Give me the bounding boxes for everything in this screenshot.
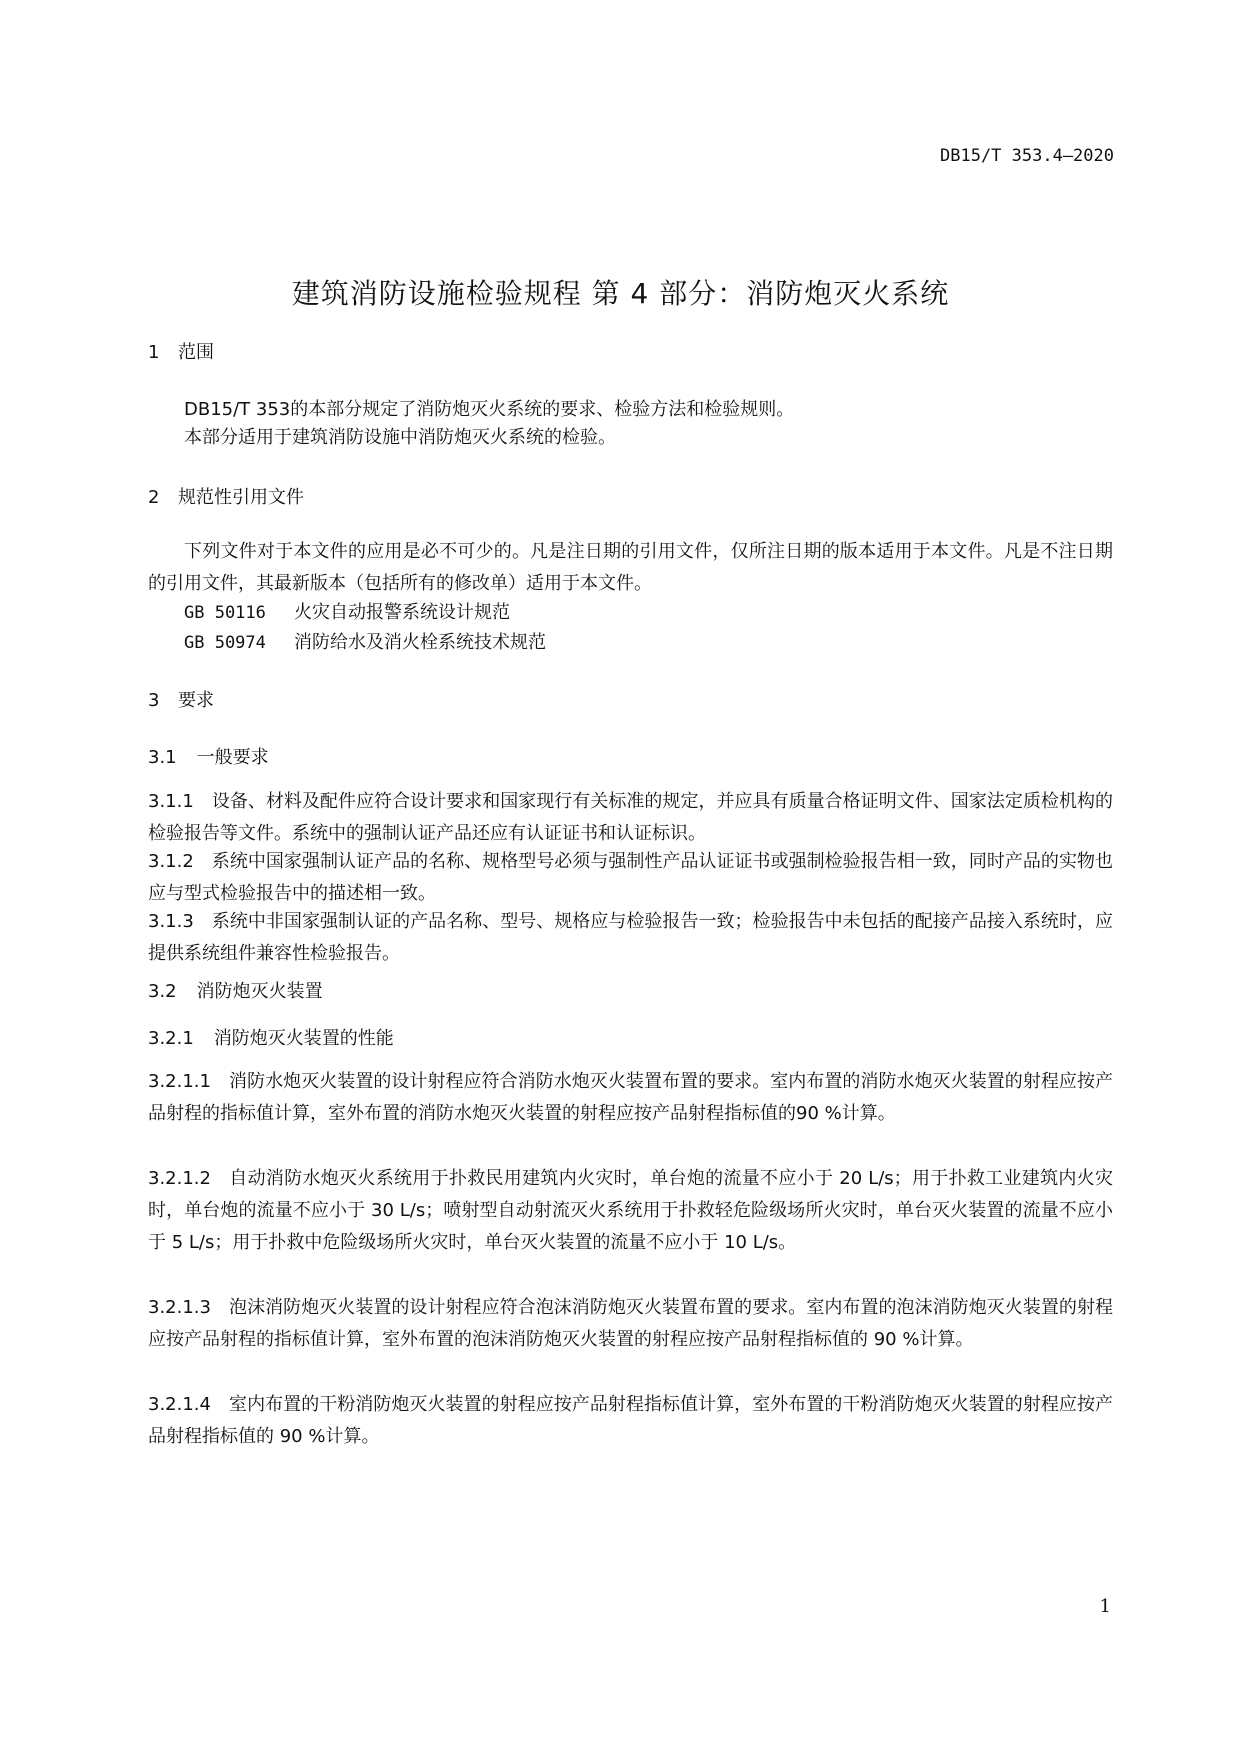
section-number: 3 — [148, 690, 178, 711]
subsection-heading-monitor-device: 3.2消防炮灭火装置 — [148, 977, 323, 1003]
clause-number: 3.2.1.1 — [148, 1071, 211, 1092]
reference-item: GB 50974消防给水及消火栓系统技术规范 — [184, 628, 546, 654]
page-number: 1 — [1100, 1596, 1111, 1617]
clause-text: 系统中非国家强制认证的产品名称、型号、规格应与检验报告一致；检验报告中未包括的配… — [148, 911, 1113, 964]
clause-text: 自动消防水炮灭火系统用于扑救民用建筑内火灾时，单台炮的流量不应小于 20 L/s… — [148, 1168, 1113, 1253]
clause-number: 3.2.1.3 — [148, 1297, 211, 1318]
clause-3-1-1: 3.1.1设备、材料及配件应符合设计要求和国家现行有关标准的规定，并应具有质量合… — [148, 786, 1113, 850]
section-title: 要求 — [178, 690, 214, 711]
clause-number: 3.1.1 — [148, 791, 194, 812]
subsection-title: 一般要求 — [197, 747, 269, 768]
clause-number: 3.1.2 — [148, 851, 194, 872]
clause-text: 消防水炮灭火装置的设计射程应符合消防水炮灭火装置布置的要求。室内布置的消防水炮灭… — [148, 1071, 1113, 1124]
clause-number: 3.2.1.4 — [148, 1394, 211, 1415]
subsection-heading-monitor-performance: 3.2.1消防炮灭火装置的性能 — [148, 1024, 394, 1050]
clause-3-2-1-3: 3.2.1.3泡沫消防炮灭火装置的设计射程应符合泡沫消防炮灭火装置布置的要求。室… — [148, 1292, 1113, 1356]
clause-number: 3.1.3 — [148, 911, 194, 932]
clause-3-1-3: 3.1.3系统中非国家强制认证的产品名称、型号、规格应与检验报告一致；检验报告中… — [148, 906, 1113, 970]
subsection-number: 3.1 — [148, 747, 177, 768]
clause-3-2-1-1: 3.2.1.1消防水炮灭火装置的设计射程应符合消防水炮灭火装置布置的要求。室内布… — [148, 1066, 1113, 1130]
clause-text: 室内布置的干粉消防炮灭火装置的射程应按产品射程指标值计算，室外布置的干粉消防炮灭… — [148, 1394, 1113, 1447]
reference-code: GB 50116 — [184, 603, 294, 623]
subsection-title: 消防炮灭火装置 — [197, 981, 323, 1002]
reference-title: 火灾自动报警系统设计规范 — [294, 602, 510, 623]
section-title: 规范性引用文件 — [178, 487, 304, 508]
clause-3-1-2: 3.1.2系统中国家强制认证产品的名称、规格型号必须与强制性产品认证证书或强制检… — [148, 846, 1113, 910]
paragraph: 本部分适用于建筑消防设施中消防炮灭火系统的检验。 — [148, 422, 1113, 454]
clause-text: 设备、材料及配件应符合设计要求和国家现行有关标准的规定，并应具有质量合格证明文件… — [148, 791, 1113, 844]
clause-3-2-1-4: 3.2.1.4室内布置的干粉消防炮灭火装置的射程应按产品射程指标值计算，室外布置… — [148, 1389, 1113, 1453]
standard-code: DB15/T 353.4—2020 — [940, 146, 1114, 166]
clause-number: 3.2.1.2 — [148, 1168, 211, 1189]
reference-title: 消防给水及消火栓系统技术规范 — [294, 632, 546, 653]
section-heading-normative-references: 2规范性引用文件 — [148, 483, 304, 509]
subsection-heading-general: 3.1一般要求 — [148, 743, 269, 769]
section-heading-requirements: 3要求 — [148, 686, 214, 712]
clause-text: 泡沫消防炮灭火装置的设计射程应符合泡沫消防炮灭火装置布置的要求。室内布置的泡沫消… — [148, 1297, 1113, 1350]
document-title: 建筑消防设施检验规程 第 4 部分：消防炮灭火系统 — [0, 272, 1241, 312]
clause-text: 系统中国家强制认证产品的名称、规格型号必须与强制性产品认证证书或强制检验报告相一… — [148, 851, 1113, 904]
section-heading-scope: 1范围 — [148, 338, 214, 364]
subsection-number: 3.2.1 — [148, 1028, 194, 1049]
section-number: 1 — [148, 342, 178, 363]
section-title: 范围 — [178, 342, 214, 363]
paragraph: 下列文件对于本文件的应用是必不可少的。凡是注日期的引用文件，仅所注日期的版本适用… — [148, 536, 1113, 600]
section-number: 2 — [148, 487, 178, 508]
clause-3-2-1-2: 3.2.1.2自动消防水炮灭火系统用于扑救民用建筑内火灾时，单台炮的流量不应小于… — [148, 1163, 1113, 1259]
reference-item: GB 50116火灾自动报警系统设计规范 — [184, 598, 510, 624]
subsection-number: 3.2 — [148, 981, 177, 1002]
reference-code: GB 50974 — [184, 633, 294, 653]
subsection-title: 消防炮灭火装置的性能 — [214, 1028, 394, 1049]
